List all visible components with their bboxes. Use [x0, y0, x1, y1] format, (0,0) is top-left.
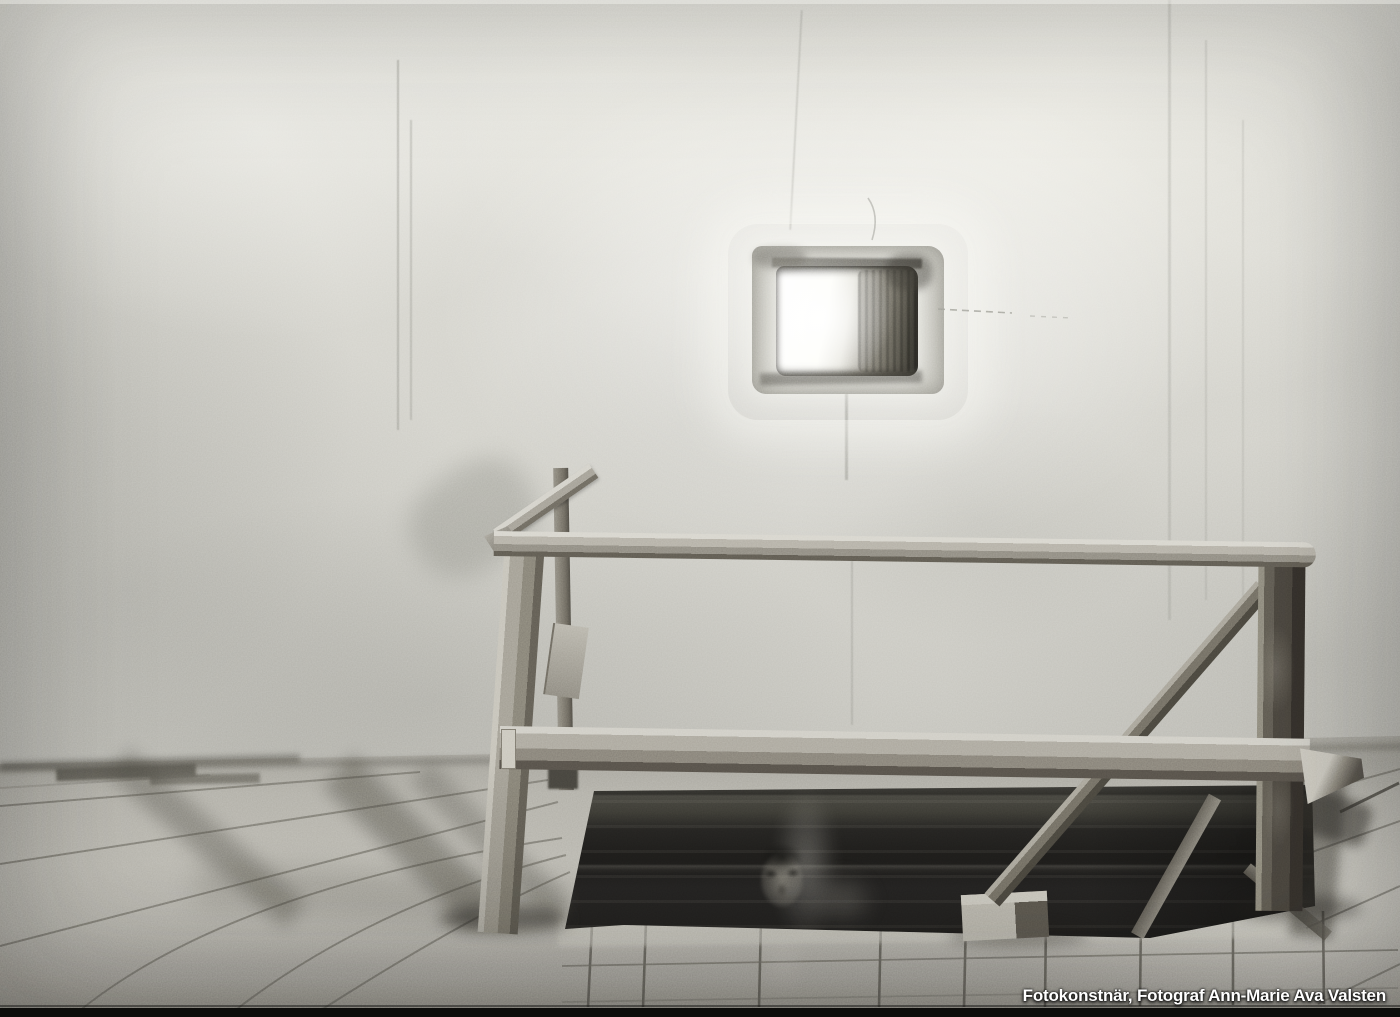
light-wisp-low — [742, 918, 832, 1013]
railing-right-post — [1255, 549, 1305, 911]
photo-caption: Fotokonstnär, Fotograf Ann-Marie Ava Val… — [1023, 985, 1386, 1007]
stair-opening — [560, 778, 1315, 943]
attic-photograph: Fotokonstnär, Fotograf Ann-Marie Ava Val… — [0, 0, 1400, 1017]
photo-top-edge — [0, 0, 1400, 4]
bottom-black-bar — [0, 1008, 1400, 1017]
middle-rail-end-face — [501, 729, 516, 769]
